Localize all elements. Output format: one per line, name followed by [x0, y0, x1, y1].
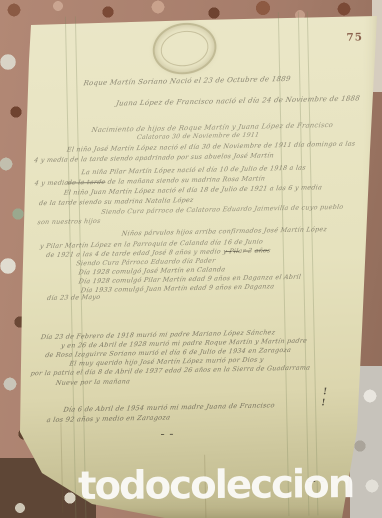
embossed-seal-icon [149, 18, 220, 79]
manuscript-line: Niños párvulos hijos arriba confirmados … [121, 225, 328, 237]
manuscript-line: La niña Pilar Martín López nació el día … [81, 164, 307, 177]
manuscript-line: de la tarde [67, 178, 106, 187]
manuscript-line: ―― ― ―― [225, 246, 271, 255]
manuscript-line: Calatorao 30 de Noviembre de 1911 [136, 132, 259, 142]
manuscript-line: a los 92 años y medio en Zaragoza [46, 413, 171, 424]
manuscript-line: Roque Martín Soriano Nació el 23 de Octu… [83, 75, 291, 87]
paper-crease [60, 423, 63, 513]
manuscript-line: ! [322, 387, 329, 397]
manuscript-line: Día 6 de Abril de 1954 murió mi madre Ju… [63, 401, 276, 413]
manuscript-line: Juana López de Francisco nació el día 24… [115, 94, 360, 107]
page-number: 75 [346, 31, 363, 43]
manuscript-line: 4 y media [34, 179, 69, 188]
photo-of-manuscript: 75 Roque Martín Soriano Nació el 23 de O… [0, 0, 382, 518]
ruled-line [307, 11, 319, 515]
manuscript-line: – – [160, 428, 175, 438]
embossed-seal-inner-ring [158, 27, 211, 69]
manuscript-line: El niño José Martín López nació el día 3… [66, 140, 356, 154]
todocoleccion-watermark: todocoleccion [78, 462, 354, 509]
ruled-line [278, 12, 290, 516]
sheet-layer: 75 Roque Martín Soriano Nació el 23 de O… [0, 0, 382, 518]
manuscript-line: día 23 de Mayo [46, 293, 101, 302]
manuscript-line: Nueve por la mañana [55, 377, 131, 387]
manuscript-line: ! [320, 398, 327, 408]
manuscript-line: son nuestros hijos [37, 217, 101, 226]
